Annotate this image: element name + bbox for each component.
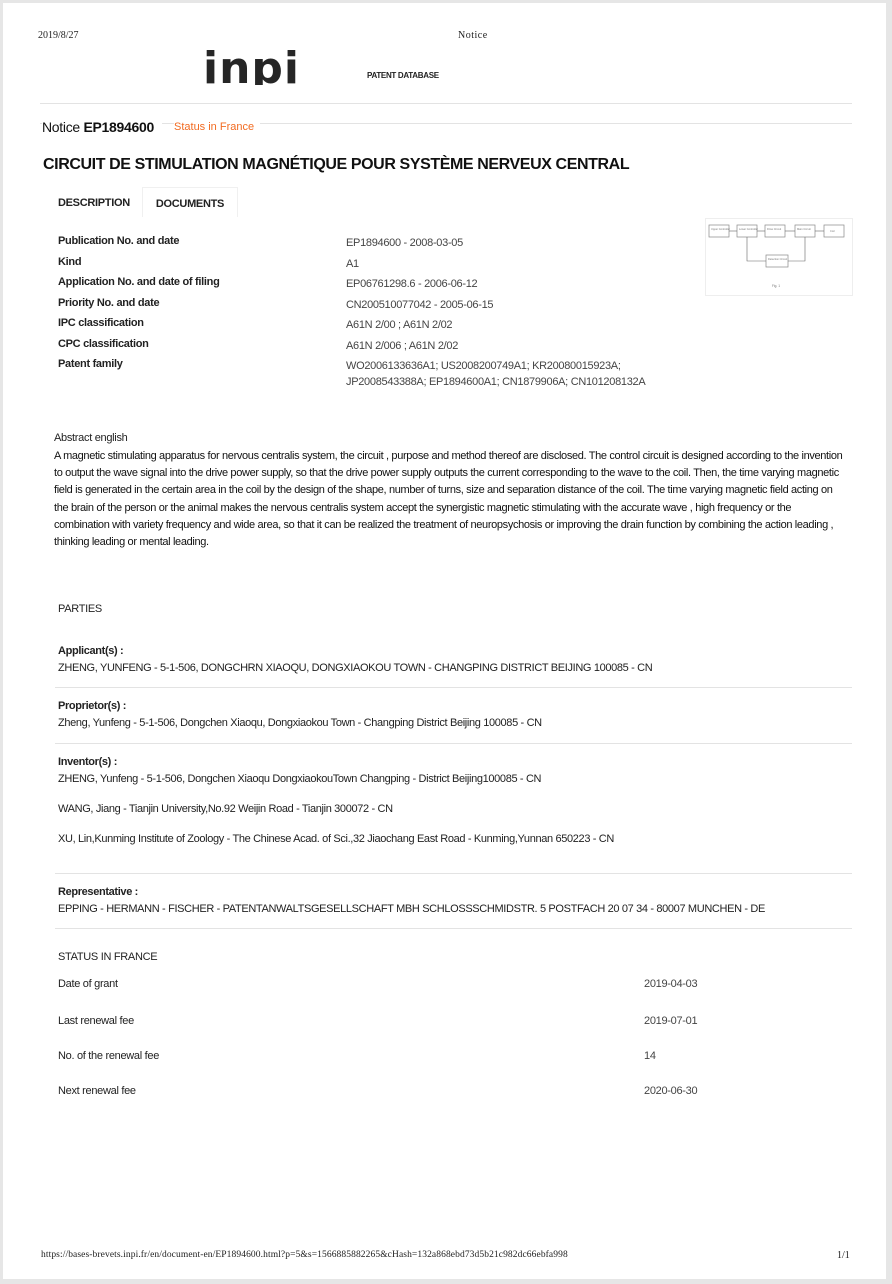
patent-figure-thumbnail[interactable]: Upper Controller Lower Controller Drive … (705, 218, 853, 296)
status-value: 14 (644, 1050, 656, 1062)
patent-title: CIRCUIT DE STIMULATION MAGNÉTIQUE POUR S… (43, 156, 629, 174)
inventor-block: Inventor(s) : ZHENG, Yunfeng - 5-1-506, … (58, 756, 614, 847)
property-row: Publication No. and date EP1894600 - 200… (58, 235, 666, 256)
property-value: CN200510077042 - 2005-06-15 (346, 297, 666, 318)
representative-entry: EPPING - HERMANN - FISCHER - PATENTANWAL… (58, 901, 765, 917)
status-label: No. of the renewal fee (58, 1050, 159, 1062)
property-row: Patent family WO2006133636A1; US20082007… (58, 358, 666, 394)
applicant-entry: ZHENG, YUNFENG - 5-1-506, DONGCHRN XIAOQ… (58, 660, 652, 676)
representative-label: Representative : (58, 886, 765, 898)
applicant-label: Applicant(s) : (58, 645, 652, 657)
printed-page: 2019/8/27 Notice inpi PATENT DATABASE No… (3, 3, 886, 1279)
property-value: A61N 2/006 ; A61N 2/02 (346, 338, 666, 359)
abstract-text: A magnetic stimulating apparatus for ner… (54, 448, 844, 551)
status-label: Date of grant (58, 978, 118, 990)
property-label: Priority No. and date (58, 297, 346, 318)
svg-text:Fig. 1: Fig. 1 (772, 284, 780, 288)
property-label: IPC classification (58, 317, 346, 338)
svg-text:Detection Circuit: Detection Circuit (768, 257, 787, 261)
inpi-logo[interactable]: inpi (203, 49, 300, 85)
proprietor-block: Proprietor(s) : Zheng, Yunfeng - 5-1-506… (58, 700, 542, 731)
inventor-entry: XU, Lin,Kunming Institute of Zoology - T… (58, 831, 614, 847)
logo-subtitle: PATENT DATABASE (367, 71, 439, 80)
inventor-entry: ZHENG, Yunfeng - 5-1-506, Dongchen Xiaoq… (58, 771, 614, 787)
status-label: Last renewal fee (58, 1015, 134, 1027)
divider (55, 743, 852, 744)
status-row: Last renewal fee 2019-07-01 (58, 1015, 758, 1027)
parties-heading: PARTIES (58, 603, 102, 615)
print-page-number: 1/1 (837, 1250, 850, 1261)
property-row: IPC classification A61N 2/00 ; A61N 2/02 (58, 317, 666, 338)
tab-bar: DESCRIPTION DOCUMENTS (45, 187, 238, 217)
property-value: EP1894600 - 2008-03-05 (346, 235, 666, 256)
property-label: CPC classification (58, 338, 346, 359)
proprietor-entry: Zheng, Yunfeng - 5-1-506, Dongchen Xiaoq… (58, 715, 542, 731)
property-row: Priority No. and date CN200510077042 - 2… (58, 297, 666, 318)
property-label: Publication No. and date (58, 235, 346, 256)
status-row: Date of grant 2019-04-03 (58, 978, 758, 990)
abstract-title: Abstract english (54, 432, 127, 444)
status-france-heading: STATUS IN FRANCE (58, 951, 157, 963)
status-value: 2019-04-03 (644, 978, 697, 990)
property-label: Kind (58, 256, 346, 277)
status-row: Next renewal fee 2020-06-30 (58, 1085, 758, 1097)
svg-text:Main Circuit: Main Circuit (797, 227, 811, 231)
notice-label: Notice (42, 119, 80, 135)
divider (55, 873, 852, 874)
inventor-label: Inventor(s) : (58, 756, 614, 768)
status-label: Next renewal fee (58, 1085, 136, 1097)
applicant-block: Applicant(s) : ZHENG, YUNFENG - 5-1-506,… (58, 645, 652, 676)
property-row: CPC classification A61N 2/006 ; A61N 2/0… (58, 338, 666, 359)
block-diagram-image: Upper Controller Lower Controller Drive … (706, 219, 852, 295)
print-date: 2019/8/27 (38, 30, 79, 41)
notice-number: EP1894600 (83, 119, 153, 135)
property-row: Application No. and date of filing EP067… (58, 276, 666, 297)
status-value: 2020-06-30 (644, 1085, 697, 1097)
property-value: A1 (346, 256, 666, 277)
property-label: Application No. and date of filing (58, 276, 346, 297)
property-value: WO2006133636A1; US2008200749A1; KR200800… (346, 358, 666, 394)
inventor-entry: WANG, Jiang - Tianjin University,No.92 W… (58, 801, 614, 817)
print-footer-url: https://bases-brevets.inpi.fr/en/documen… (41, 1250, 568, 1260)
tab-documents[interactable]: DOCUMENTS (142, 187, 238, 217)
status-in-france-link[interactable]: Status in France (174, 121, 260, 133)
status-row: No. of the renewal fee 14 (58, 1050, 758, 1062)
svg-text:Upper Controller: Upper Controller (711, 227, 730, 231)
svg-text:Coil: Coil (830, 229, 835, 233)
tab-description[interactable]: DESCRIPTION (45, 187, 143, 217)
bibliographic-data: Publication No. and date EP1894600 - 200… (58, 235, 666, 394)
svg-text:Lower Controller: Lower Controller (739, 227, 758, 231)
divider (55, 928, 852, 929)
svg-text:Drive Circuit: Drive Circuit (767, 227, 781, 231)
divider (55, 687, 852, 688)
property-row: Kind A1 (58, 256, 666, 277)
status-value: 2019-07-01 (644, 1015, 697, 1027)
divider (40, 103, 852, 104)
representative-block: Representative : EPPING - HERMANN - FISC… (58, 886, 765, 917)
print-title: Notice (458, 30, 488, 41)
notice-heading: Notice EP1894600 (42, 119, 162, 135)
property-label: Patent family (58, 358, 346, 394)
proprietor-label: Proprietor(s) : (58, 700, 542, 712)
property-value: EP06761298.6 - 2006-06-12 (346, 276, 666, 297)
property-value: A61N 2/00 ; A61N 2/02 (346, 317, 666, 338)
